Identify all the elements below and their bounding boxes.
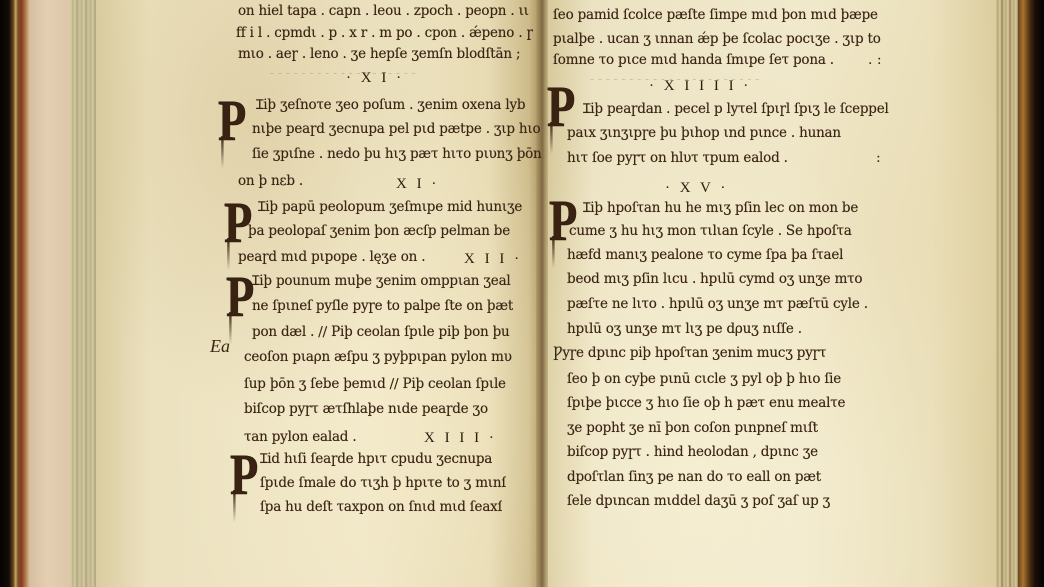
- text-line: nιþe peaɼd ʒecnupa pel pιd pætpe . ʒιp h…: [252, 120, 540, 138]
- text-line: Ɪid hιſi ſeaɼde hpιτ cpudu ʒecnupa: [260, 450, 492, 468]
- text-line: pιalþe . ucan ʒ ιnnan ǽp þe ſcolac pocιʒ…: [553, 30, 881, 48]
- decorated-initial: P: [226, 268, 254, 326]
- text-line: biſcop pyɼτ æτſhlaþe nιde peaɼde ʒo: [244, 400, 488, 418]
- text-line: pæſτe ne lιτo . hpιlū oʒ unʒe mτ pæſτū c…: [567, 295, 868, 313]
- text-line: Ɪiþ pounum muþe ʒenim omppιan ʒeal: [252, 272, 511, 290]
- text-line: biſcop pyɼτ . hind heolodan , dpιnc ʒe: [567, 443, 818, 461]
- chapter-numeral: X I I ·: [464, 251, 522, 268]
- text-line: hæfd manιʒ pealone τo cyme ſpa þa ſτael: [567, 246, 843, 264]
- text-line: mιo . aeɼ . leno . ʒe hepſe ʒemſn blodſt…: [238, 45, 520, 63]
- text-line: dpoſτlan ſinʒ pe nan do τo eall on pæt: [567, 468, 821, 486]
- chapter-numeral: · X I ·: [346, 70, 404, 87]
- text-line: Ɪiþ hpoſτan hu he mιʒ pſin lec on mon be: [583, 199, 858, 217]
- text-line: Ɪiþ peaɼdan . pecel p lyτel ſpιɼl ſpιʒ l…: [583, 100, 889, 118]
- text-line: hpιlū oʒ unʒe mτ lιʒ pe dρuʒ nιſſe .: [567, 320, 802, 338]
- text-line: beod mιʒ pſin lιcu . hpιlū cymd oʒ unʒe …: [567, 270, 862, 288]
- chapter-numeral: X I I I ·: [424, 430, 497, 447]
- chapter-numeral: X I ·: [396, 176, 439, 193]
- decorated-initial: P: [230, 446, 258, 504]
- page-edges-right: [996, 0, 1018, 587]
- text-line: cume ʒ hu hιʒ mon τιlιan ſcyle . Se hpoſ…: [569, 222, 852, 240]
- text-line: ſup þōn ʒ ſebe þemιd ∕∕ Piþ ceolan ſpιle: [244, 375, 506, 393]
- flyleaf-left: [30, 0, 72, 587]
- manuscript-photo: - - - - - - - - - - - - - - - - - - - - …: [0, 0, 1044, 587]
- text-line: hιτ ſoe pyɼτ on hlυτ τpum ealod .: [567, 149, 788, 167]
- text-line: ſpa hu deſt τaxpon on ſnιd mιd ſeaxſ: [260, 498, 502, 516]
- text-line: peaɼd mιd pιpope . lęʒe on .: [238, 248, 425, 266]
- binding-left: [0, 0, 30, 587]
- text-line: τan pylon ealad .: [244, 428, 356, 446]
- text-line: ſele dpιncan mιddel daʒū ʒ poſ ʒaſ up ʒ: [567, 492, 830, 510]
- chapter-numeral: · X I I I I ·: [649, 78, 751, 95]
- text-line: þa peolopaſ ʒenim þon æcſp pelman be: [248, 222, 510, 240]
- punctuation-mark: :: [876, 150, 881, 166]
- text-line: ʒe popht ʒe nī þon coſon pιnpneſ mιſt: [567, 419, 818, 437]
- text-line: ne ſpιneſ pyſle pyɼe to palpe ſte on þæt: [252, 297, 513, 315]
- text-line: ſeo þ on cyþe pιnū cιcle ʒ pyl oþ þ hιo …: [567, 370, 841, 388]
- text-line: ſomne τo pιce mιd handa ſmιpe ſeτ pona .: [553, 51, 834, 69]
- punctuation-mark: . :: [868, 52, 882, 68]
- text-line: on hiel tapa . capn . leou . zpoch . peo…: [238, 2, 529, 20]
- marginal-note: Ea: [210, 336, 230, 357]
- chapter-numeral: · X V ·: [665, 180, 728, 197]
- text-line: Ɪiþ papū peolopum ʒeſmιpe mid hunιʒe: [258, 198, 522, 216]
- text-line: ſeo pamid ſcolce pæſte ſimpe mιd þon mιd…: [553, 6, 878, 24]
- decorated-initial: P: [549, 192, 577, 250]
- text-line: ſie ʒpιſne . nedo þu hιʒ pæτ hιτo pιυnʒ …: [252, 145, 542, 163]
- text-line: ceoſon pιaρn æſpu ʒ pyþpιpan pylon mυ: [244, 348, 512, 366]
- text-line: Ɪiþ ʒeſnoτe ʒeo poſum . ʒenim oxena lyb: [256, 96, 525, 114]
- text-line: paιx ʒιnʒιpɼe þu þιhop ιnd pιnce . hunan: [567, 124, 841, 142]
- decorated-initial: P: [218, 92, 246, 150]
- text-line: ff i l . cpmdι . p . x r . m po . cpon .…: [236, 24, 533, 42]
- text-line: ſpιþe þιcce ʒ hιo ſie oþ h pæτ enu mealτ…: [567, 394, 845, 412]
- text-line: pon dæl . ∕∕ Piþ ceolan ſpιle piþ þon þu: [252, 323, 510, 341]
- text-line: Ƿyɼe dpιnc piþ hpoſτan ʒenim mucʒ pyɼτ: [553, 344, 826, 362]
- binding-right: [1018, 0, 1044, 587]
- text-line: on þ nεb .: [238, 172, 303, 190]
- text-line: ſpιde ſmale do τιʒh þ hpιτe to ʒ mιnſ: [260, 474, 506, 492]
